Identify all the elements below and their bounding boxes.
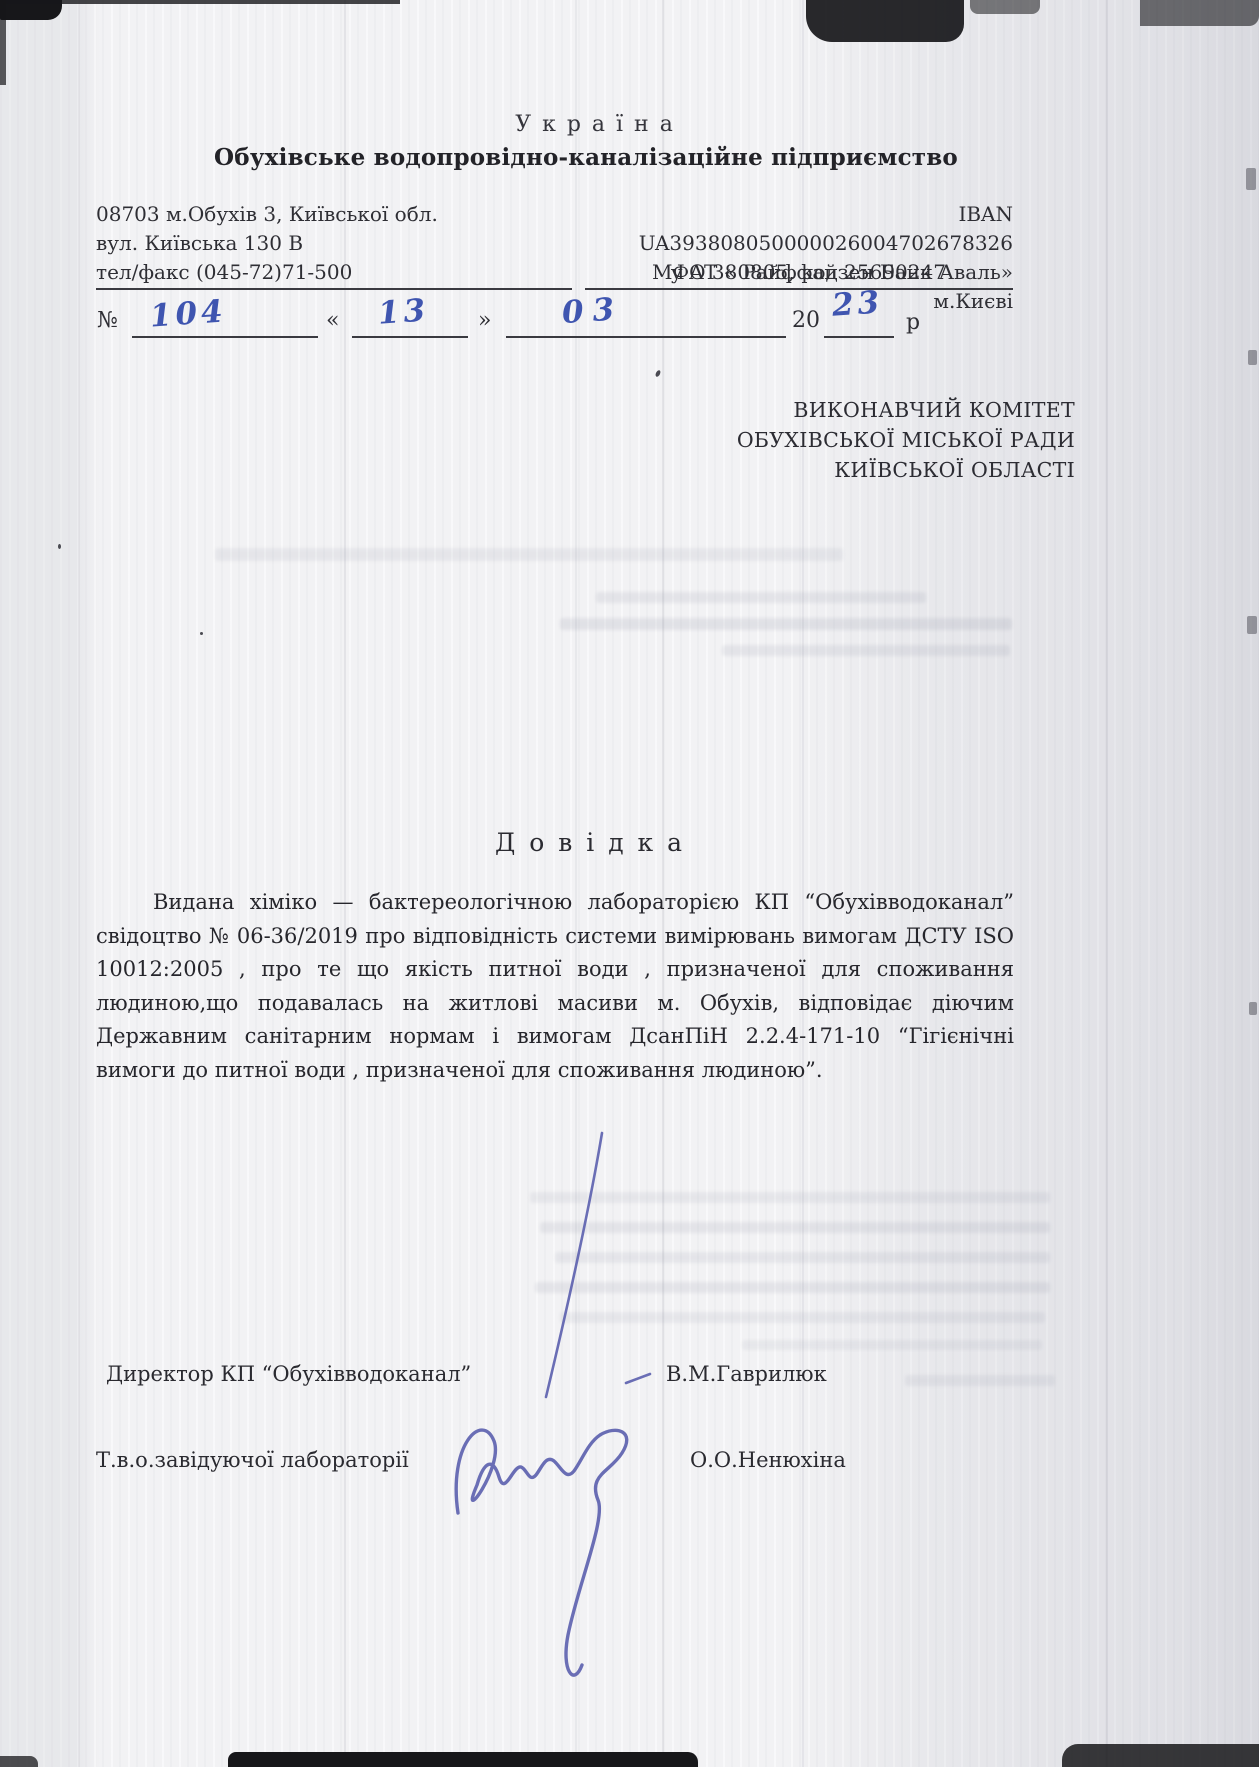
scan-edge-artifact	[1247, 616, 1257, 634]
address-line-1: 08703 м.Обухів 3, Київської обл.	[96, 200, 576, 229]
year-suffix-label: р	[906, 310, 920, 335]
recipient-block: ВИКОНАВЧИЙ КОМІТЕТ ОБУХІВСЬКОЇ МІСЬКОЇ Р…	[555, 395, 1075, 485]
bleed-through-text	[742, 1340, 1042, 1350]
scan-edge-artifact	[228, 1752, 698, 1767]
company-address-block: 08703 м.Обухів 3, Київської обл. вул. Ки…	[96, 200, 576, 258]
bleed-through-text	[905, 1375, 1055, 1386]
month-blank-field	[506, 336, 786, 338]
scan-edge-artifact	[1246, 168, 1256, 190]
signature-name-lab-head: О.О.Ненюхіна	[690, 1448, 846, 1472]
day-blank-field	[352, 336, 468, 338]
bleed-through-text	[560, 618, 1012, 630]
signature-role-lab-head: Т.в.о.завідуючої лабораторії	[96, 1448, 409, 1472]
scan-edge-artifact	[1062, 1744, 1259, 1767]
signature-role-director: Директор КП “Обухівводоканал”	[106, 1362, 471, 1386]
scan-edge-artifact	[0, 0, 400, 4]
number-blank-field	[132, 336, 318, 338]
country-heading: У к р а ї н а	[0, 112, 1190, 137]
phone-fax-line: тел/факс (045-72)71-500	[96, 258, 572, 290]
bleed-through-text	[722, 645, 1010, 656]
company-name-heading: Обухівське водопровідно-каналізаційне пі…	[0, 144, 1172, 171]
handwritten-day: 13	[377, 292, 431, 331]
year-blank-field	[824, 336, 894, 338]
iban-line: IBAN UA393808050000026004702678326	[585, 200, 1013, 258]
handwritten-doc-number: 104	[149, 293, 228, 334]
bleed-through-text	[596, 592, 926, 603]
signature-name-director: В.М.Гаврилюк	[666, 1362, 827, 1386]
scan-edge-artifact	[0, 1756, 38, 1767]
bleed-through-text	[215, 548, 843, 561]
scan-edge-artifact	[970, 0, 1040, 14]
number-sign-label: №	[97, 308, 118, 333]
handwritten-year: 23	[831, 284, 885, 323]
handwritten-signature	[430, 1115, 690, 1695]
scan-streak	[1106, 0, 1108, 1767]
document-title: Д о в і д к а	[0, 828, 1180, 857]
mfo-code-line: МФО 380805, код 25690247	[585, 258, 1013, 290]
scan-edge-artifact	[806, 0, 964, 42]
body-paragraph: Видана хіміко — бактереологічною лаборат…	[96, 886, 1014, 1087]
scan-edge-artifact	[1249, 1002, 1257, 1015]
open-quote-label: «	[326, 308, 339, 333]
scan-edge-artifact	[1248, 350, 1257, 365]
recipient-line-3: КИЇВСЬКОЇ ОБЛАСТІ	[555, 455, 1075, 485]
recipient-line-1: ВИКОНАВЧИЙ КОМІТЕТ	[555, 395, 1075, 425]
scan-edge-artifact	[1140, 0, 1259, 26]
year-prefix-label: 20	[792, 308, 820, 333]
scan-edge-artifact	[0, 0, 6, 85]
scanned-document-page: У к р а ї н а Обухівське водопровідно-ка…	[0, 0, 1259, 1767]
handwritten-month: 03	[561, 291, 625, 331]
scan-speck	[655, 369, 662, 377]
scan-speck	[58, 544, 61, 549]
address-line-2: вул. Київська 130 В	[96, 229, 576, 258]
scan-streak	[78, 0, 80, 1767]
close-quote-label: »	[478, 308, 491, 333]
recipient-line-2: ОБУХІВСЬКОЇ МІСЬКОЇ РАДИ	[555, 425, 1075, 455]
scan-speck	[200, 632, 203, 635]
